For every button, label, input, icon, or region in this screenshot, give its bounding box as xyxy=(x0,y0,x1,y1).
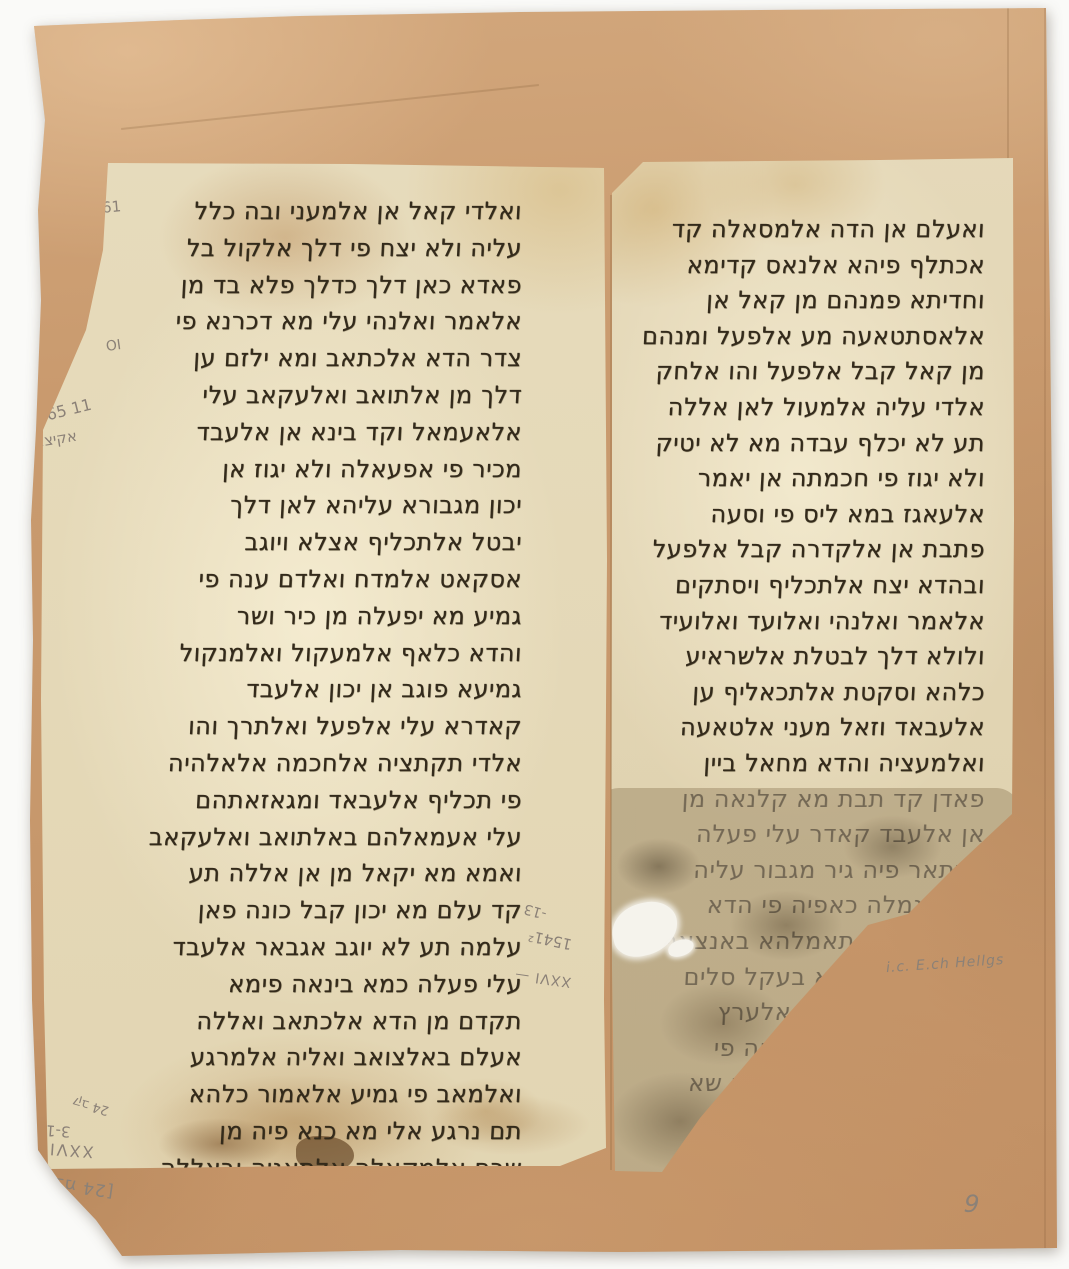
manuscript-line: אעלם באלצואב ואליה אלמרגע xyxy=(149,1042,523,1072)
pencil-roman-numeral: XXVI xyxy=(47,1139,94,1161)
manuscript-line: אלאעמאל וקד בינא אן אלעבד xyxy=(149,417,523,447)
manuscript-line: אלאסתטאעה מע אלפעל ומנהם xyxy=(612,321,986,351)
manuscript-line: יכון מגבורא עליהא לאן דלך xyxy=(149,490,523,520)
manuscript-line: צדר הדא אלכתאב ומא ילזם ען xyxy=(149,343,523,373)
manuscript-line: גמיע מא יפעלה מן כיר ושר xyxy=(149,601,523,631)
manuscript-line: ובהדא יצח אלתכליף ויסתקים xyxy=(612,570,986,600)
manuscript-line: עלי פעלה כמא בינאה פימא xyxy=(149,969,523,999)
pencil-mark: OI xyxy=(105,337,122,355)
header-ink-mark: ב̇ז̇ xyxy=(403,145,418,163)
manuscript-line: פי תכליף אלעבאד ומגאזאתהם xyxy=(149,785,523,815)
mount-paper: ב̇ז̇ ואלדי קאל אן אלמעני ובה כללעליה ולא… xyxy=(0,0,1069,1269)
manuscript-line: כלהא וסקטת אלתכאליף ען xyxy=(612,677,986,707)
manuscript-line: יבטל אלתכליף אצלא ויוגב xyxy=(149,527,523,557)
mount-edge-line xyxy=(1044,8,1046,1248)
pencil-shelfmark: 65 11 xyxy=(44,395,93,425)
pencil-cursive-note: i.c. E.ch Hellgs xyxy=(886,952,1005,976)
pencil-page-number: 9 xyxy=(963,1190,980,1219)
manuscript-line: ואלמעציה והדא מחאל ביין xyxy=(612,748,986,778)
manuscript-line: ואלמאב פי גמיע אלאמור כלהא xyxy=(149,1079,523,1109)
manuscript-line: אלאמר ואלנהי ואלועד ואלועיד xyxy=(612,606,986,636)
manuscript-line: וחדיתא פמנהם מן קאל אן xyxy=(612,285,986,315)
manuscript-line: אלדי תקתציה אלחכמה אלאלהיה xyxy=(149,748,523,778)
pencil-gutter-roman-numeral: XXVI — xyxy=(513,966,572,990)
mount-fold-line xyxy=(1007,8,1009,160)
manuscript-line: תע לא יכלף עבדה מא לא יטיק xyxy=(612,428,986,458)
manuscript-line: עלי אעמאלהם באלתואב ואלעקאב xyxy=(149,822,523,852)
manuscript-line: ואעלם אן הדה אלמסאלה קד xyxy=(612,214,986,244)
manuscript-line: עלמה תע לא יוגב אגבאר אלעבד xyxy=(149,932,523,962)
manuscript-line: תקדם מן הדא אלכתאב ואללה xyxy=(149,1006,523,1036)
photo-backdrop: ב̇ז̇ ואלדי קאל אן אלמעני ובה כללעליה ולא… xyxy=(0,0,1069,1269)
manuscript-line: תם נרגע אלי מא כנא פיה מן xyxy=(149,1116,523,1146)
mount-shadow: ב̇ז̇ ואלדי קאל אן אלמעני ובה כללעליה ולא… xyxy=(0,0,1069,1269)
manuscript-line: ואלדי קאל אן אלמעני ובה כלל xyxy=(149,196,523,226)
pencil-scribble: אקיצא xyxy=(33,427,78,451)
pencil-gutter-shelfmark: 1541² xyxy=(527,927,574,954)
manuscript-line: שרח אלמקאלה אלתאניה ובאללה xyxy=(149,1153,523,1183)
manuscript-line: אלדי עליה אלמעול לאן אללה xyxy=(612,392,986,422)
pencil-scribble-small: 24 קב xyxy=(71,1093,111,1118)
manuscript-line: גמיעא פוגב אן יכון אלעבד xyxy=(149,674,523,704)
manuscript-line: אסקאט אלמדח ואלדם ענה פי xyxy=(149,564,523,594)
manuscript-line: אכתלף פיהא אלנאס קדימא xyxy=(612,250,986,280)
manuscript-line: קאדרא עלי אלפעל ואלתרך והו xyxy=(149,711,523,741)
manuscript-line: אלעאגז במא ליס פי וסעה xyxy=(612,499,986,529)
manuscript-line: ולא יגוז פי חכמתה אן יאמר xyxy=(612,463,986,493)
manuscript-line: מכיר פי אפעאלה ולא יגוז אן xyxy=(149,454,523,484)
manuscript-line: פאדא כאן דלך כדלך פלא בד מן xyxy=(149,270,523,300)
pencil-folio-number: 61 xyxy=(101,197,122,217)
manuscript-line: אלאמר ואלנהי עלי מא דכרנא פי xyxy=(149,306,523,336)
manuscript-line: והדא כלאף אלמעקול ואלמנקול xyxy=(149,638,523,668)
pencil-scribble-mount: [24 ניבמ xyxy=(39,1171,115,1201)
manuscript-column-left: ואלדי קאל אן אלמעני ובה כללעליה ולא יצח … xyxy=(150,196,522,1171)
manuscript-line: אלעבאד וזאל מעני אלטאעה xyxy=(612,712,986,742)
pencil-reference-number: 3-1 xyxy=(45,1121,71,1141)
manuscript-line: קד עלם מא יכון קבל כונה פאן xyxy=(149,895,523,925)
mount-crease xyxy=(121,84,539,130)
pencil-gutter-number: -13 xyxy=(522,900,548,922)
manuscript-line: ואמא מא יקאל מן אן אללה תע xyxy=(149,858,523,888)
manuscript-line: פתבת אן אלקדרה קבל אלפעל xyxy=(612,534,986,564)
manuscript-line: עליה ולא יצח פי דלך אלקול בל xyxy=(149,233,523,263)
abrasion-fading xyxy=(595,788,1020,1180)
leaf-seam xyxy=(610,195,612,1170)
manuscript-line: מן קאל קבל אלפעל והו אלחק xyxy=(612,356,986,386)
manuscript-line: דלך מן אלתואב ואלעקאב עלי xyxy=(149,380,523,410)
manuscript-line: ולולא דלך לבטלת אלשראיע xyxy=(612,641,986,671)
